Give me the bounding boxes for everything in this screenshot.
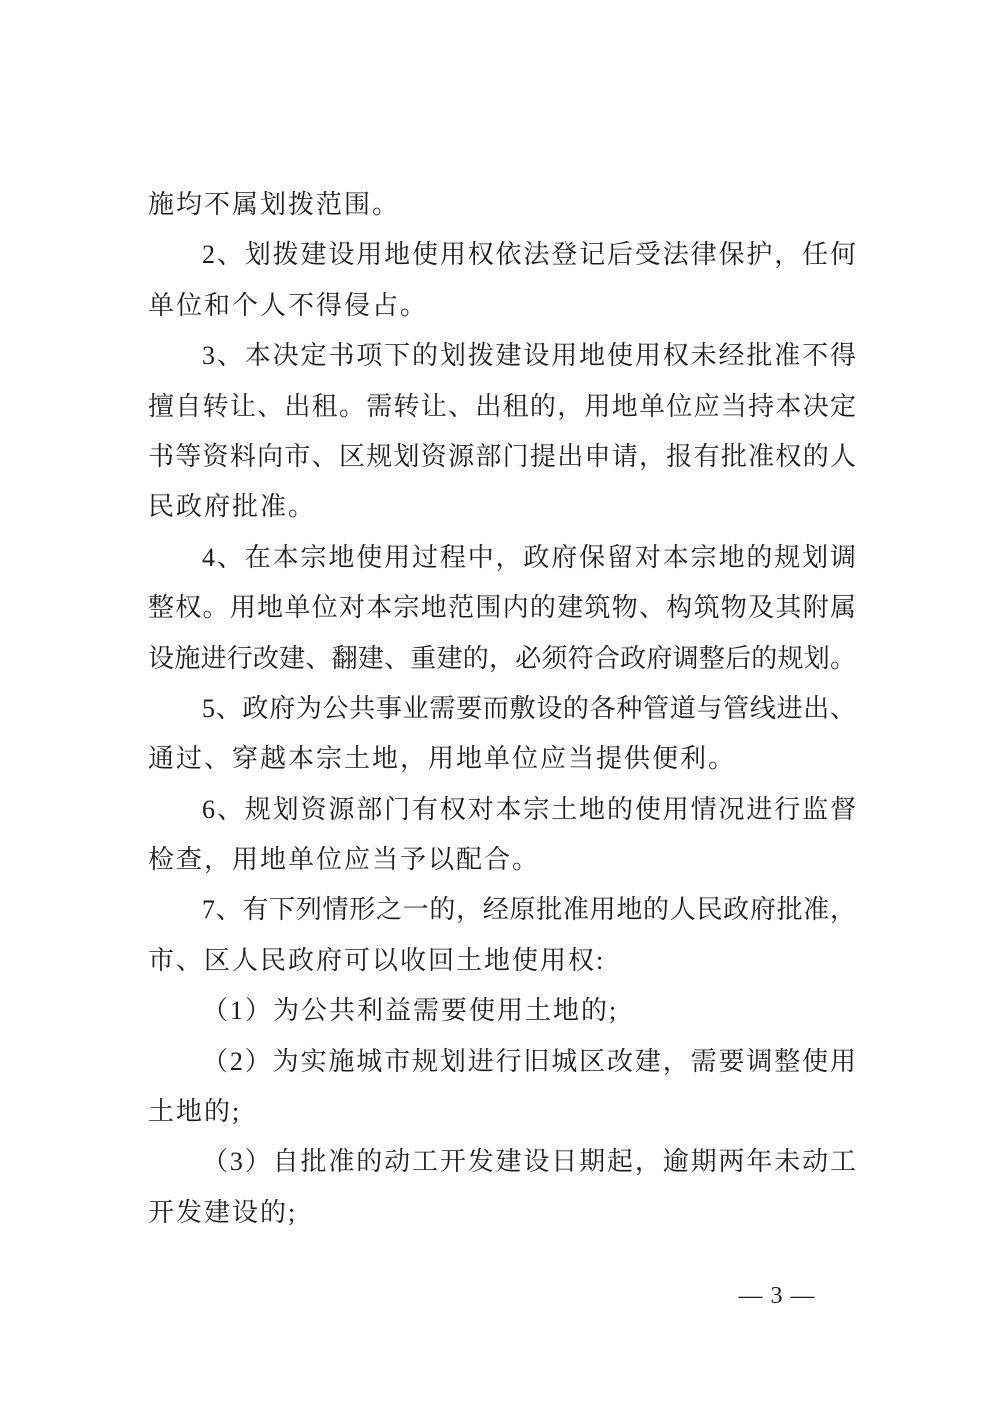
- text-line: 2、划拨建设用地使用权依法登记后受法律保护，任何: [148, 230, 856, 280]
- page-number: — 3 —: [732, 1278, 822, 1314]
- text-line: 市、区人民政府可以收回土地使用权:: [148, 936, 856, 986]
- text-line: 土地的;: [148, 1087, 856, 1137]
- text-line: 书等资料向市、区规划资源部门提出申请，报有批准权的人: [148, 432, 856, 482]
- text-line: 5、政府为公共事业需要而敷设的各种管道与管线进出、: [148, 684, 856, 734]
- text-line: （3）自批准的动工开发建设日期起，逾期两年未动工: [148, 1137, 856, 1187]
- text-line: 设施进行改建、翻建、重建的，必须符合政府调整后的规划。: [148, 634, 856, 684]
- text-line: 4、在本宗地使用过程中，政府保留对本宗地的规划调: [148, 533, 856, 583]
- text-line: 开发建设的;: [148, 1188, 856, 1238]
- text-line: （2）为实施城市规划进行旧城区改建，需要调整使用: [148, 1037, 856, 1087]
- text-line: 检查，用地单位应当予以配合。: [148, 835, 856, 885]
- text-line: 通过、穿越本宗土地，用地单位应当提供便利。: [148, 734, 856, 784]
- text-line: 3、本决定书项下的划拨建设用地使用权未经批准不得: [148, 331, 856, 381]
- text-line: 民政府批准。: [148, 482, 856, 532]
- text-line: 擅自转让、出租。需转让、出租的，用地单位应当持本决定: [148, 382, 856, 432]
- text-line: 单位和个人不得侵占。: [148, 281, 856, 331]
- text-line: 6、规划资源部门有权对本宗土地的使用情况进行监督: [148, 785, 856, 835]
- body-text: 施均不属划拨范围。2、划拨建设用地使用权依法登记后受法律保护，任何单位和个人不得…: [148, 180, 856, 1238]
- text-line: 7、有下列情形之一的，经原批准用地的人民政府批准，: [148, 885, 856, 935]
- text-line: （1）为公共利益需要使用土地的;: [148, 986, 856, 1036]
- text-line: 整权。用地单位对本宗地范围内的建筑物、构筑物及其附属: [148, 583, 856, 633]
- text-line: 施均不属划拨范围。: [148, 180, 856, 230]
- document-page: 施均不属划拨范围。2、划拨建设用地使用权依法登记后受法律保护，任何单位和个人不得…: [0, 0, 992, 1403]
